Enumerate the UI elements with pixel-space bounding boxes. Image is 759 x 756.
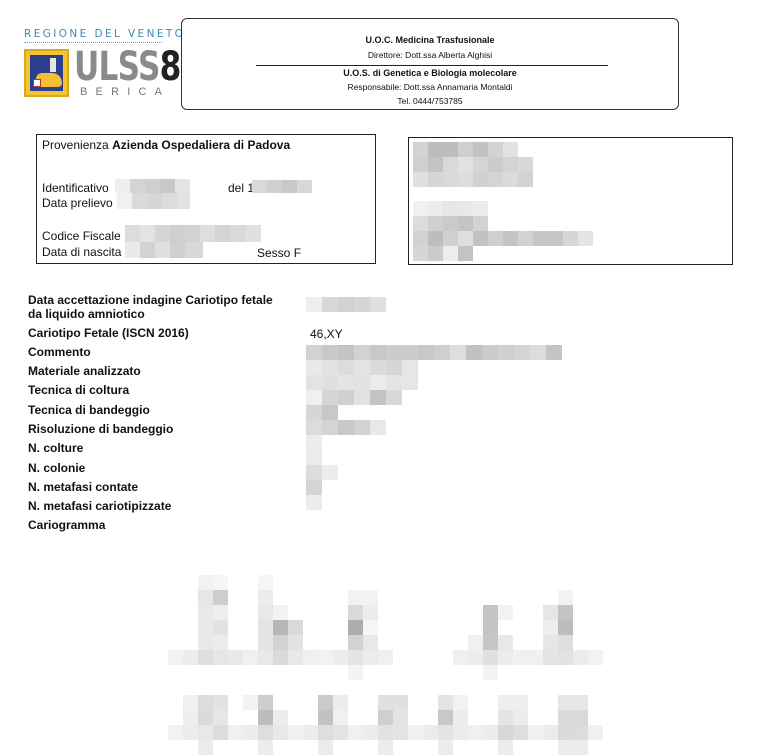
field-value-redacted: [306, 435, 322, 450]
address-line-redacted: [413, 172, 533, 187]
patient-info-box: Provenienza Azienda Ospedaliera di Padov…: [36, 134, 376, 264]
field-label: Cariogramma: [28, 518, 105, 532]
regione-veneto-label: REGIONE DEL VENETO: [24, 28, 185, 40]
sesso-value: F: [294, 246, 301, 260]
field-value-redacted: [306, 405, 338, 420]
address-box: [408, 137, 733, 265]
data-prelievo-redacted: [117, 193, 190, 209]
field-label: Materiale analizzato: [28, 364, 141, 378]
karyotype-value: 46,XY: [310, 327, 343, 341]
field-label: N. colture: [28, 441, 83, 455]
field-label: Commento: [28, 345, 91, 359]
field-label: N. metafasi contate: [28, 480, 138, 494]
field-value-redacted: [306, 495, 322, 510]
field-value-redacted: [306, 450, 322, 465]
field-value-redacted: [306, 390, 402, 405]
address-line-redacted: [413, 231, 593, 246]
data-nascita-label: Data di nascita: [42, 245, 121, 259]
field-label: Tecnica di bandeggio: [28, 403, 150, 417]
codice-fiscale-redacted: [125, 225, 261, 242]
logo-divider: [24, 42, 162, 43]
identificativo-redacted: [115, 179, 190, 193]
codice-fiscale-label: Codice Fiscale: [42, 229, 121, 243]
data-nascita-redacted: [125, 242, 203, 258]
ulss-logo: ULSS8: [74, 44, 181, 90]
field-value-redacted: [306, 297, 386, 312]
uoc-title: U.O.C. Medicina Trasfusionale: [182, 35, 678, 45]
data-prelievo-label: Data prelievo: [42, 196, 113, 210]
address-line-redacted: [413, 246, 473, 261]
responsabile-line: Responsabile: Dott.ssa Annamaria Montald…: [182, 82, 678, 92]
header-divider: [256, 65, 608, 66]
karyogram-image: [168, 575, 608, 756]
identificativo-label: Identificativo: [42, 181, 109, 195]
field-value-redacted: [306, 345, 562, 360]
field-value-redacted: [306, 420, 386, 435]
address-line-redacted: [413, 201, 488, 216]
field-label: Tecnica di coltura: [28, 383, 129, 397]
del-date-redacted: [252, 180, 312, 193]
field-value-redacted: [306, 480, 322, 495]
berica-label: BERICA: [80, 86, 170, 98]
field-label: Cariotipo Fetale (ISCN 2016): [28, 326, 189, 340]
provenienza-label: Provenienza: [42, 138, 109, 152]
field-label: Data accettazione indagine Cariotipo fet…: [28, 293, 273, 307]
address-line-redacted: [413, 216, 488, 231]
direttore-line: Direttore: Dott.ssa Alberta Alghisi: [182, 50, 678, 60]
field-value-redacted: [306, 375, 418, 390]
field-label: N. metafasi cariotipizzate: [28, 499, 171, 513]
field-label-line2: da liquido amniotico: [28, 307, 145, 321]
field-label: N. colonie: [28, 461, 85, 475]
uos-title: U.O.S. di Genetica e Biologia molecolare: [182, 68, 678, 78]
field-label: Risoluzione di bandeggio: [28, 422, 173, 436]
address-line-redacted: [413, 142, 518, 157]
sesso-row: Sesso F: [257, 246, 301, 260]
provenienza-value: Azienda Ospedaliera di Padova: [112, 138, 290, 152]
address-line-redacted: [413, 157, 533, 172]
department-header: U.O.C. Medicina Trasfusionale Direttore:…: [181, 18, 679, 110]
del-label: del 1: [228, 181, 254, 195]
lion-crest-icon: [24, 49, 69, 97]
tel-line: Tel. 0444/753785: [182, 96, 678, 106]
provenienza-row: Provenienza Azienda Ospedaliera di Padov…: [42, 138, 290, 152]
field-value-redacted: [306, 360, 418, 375]
field-value-redacted: [306, 465, 338, 480]
